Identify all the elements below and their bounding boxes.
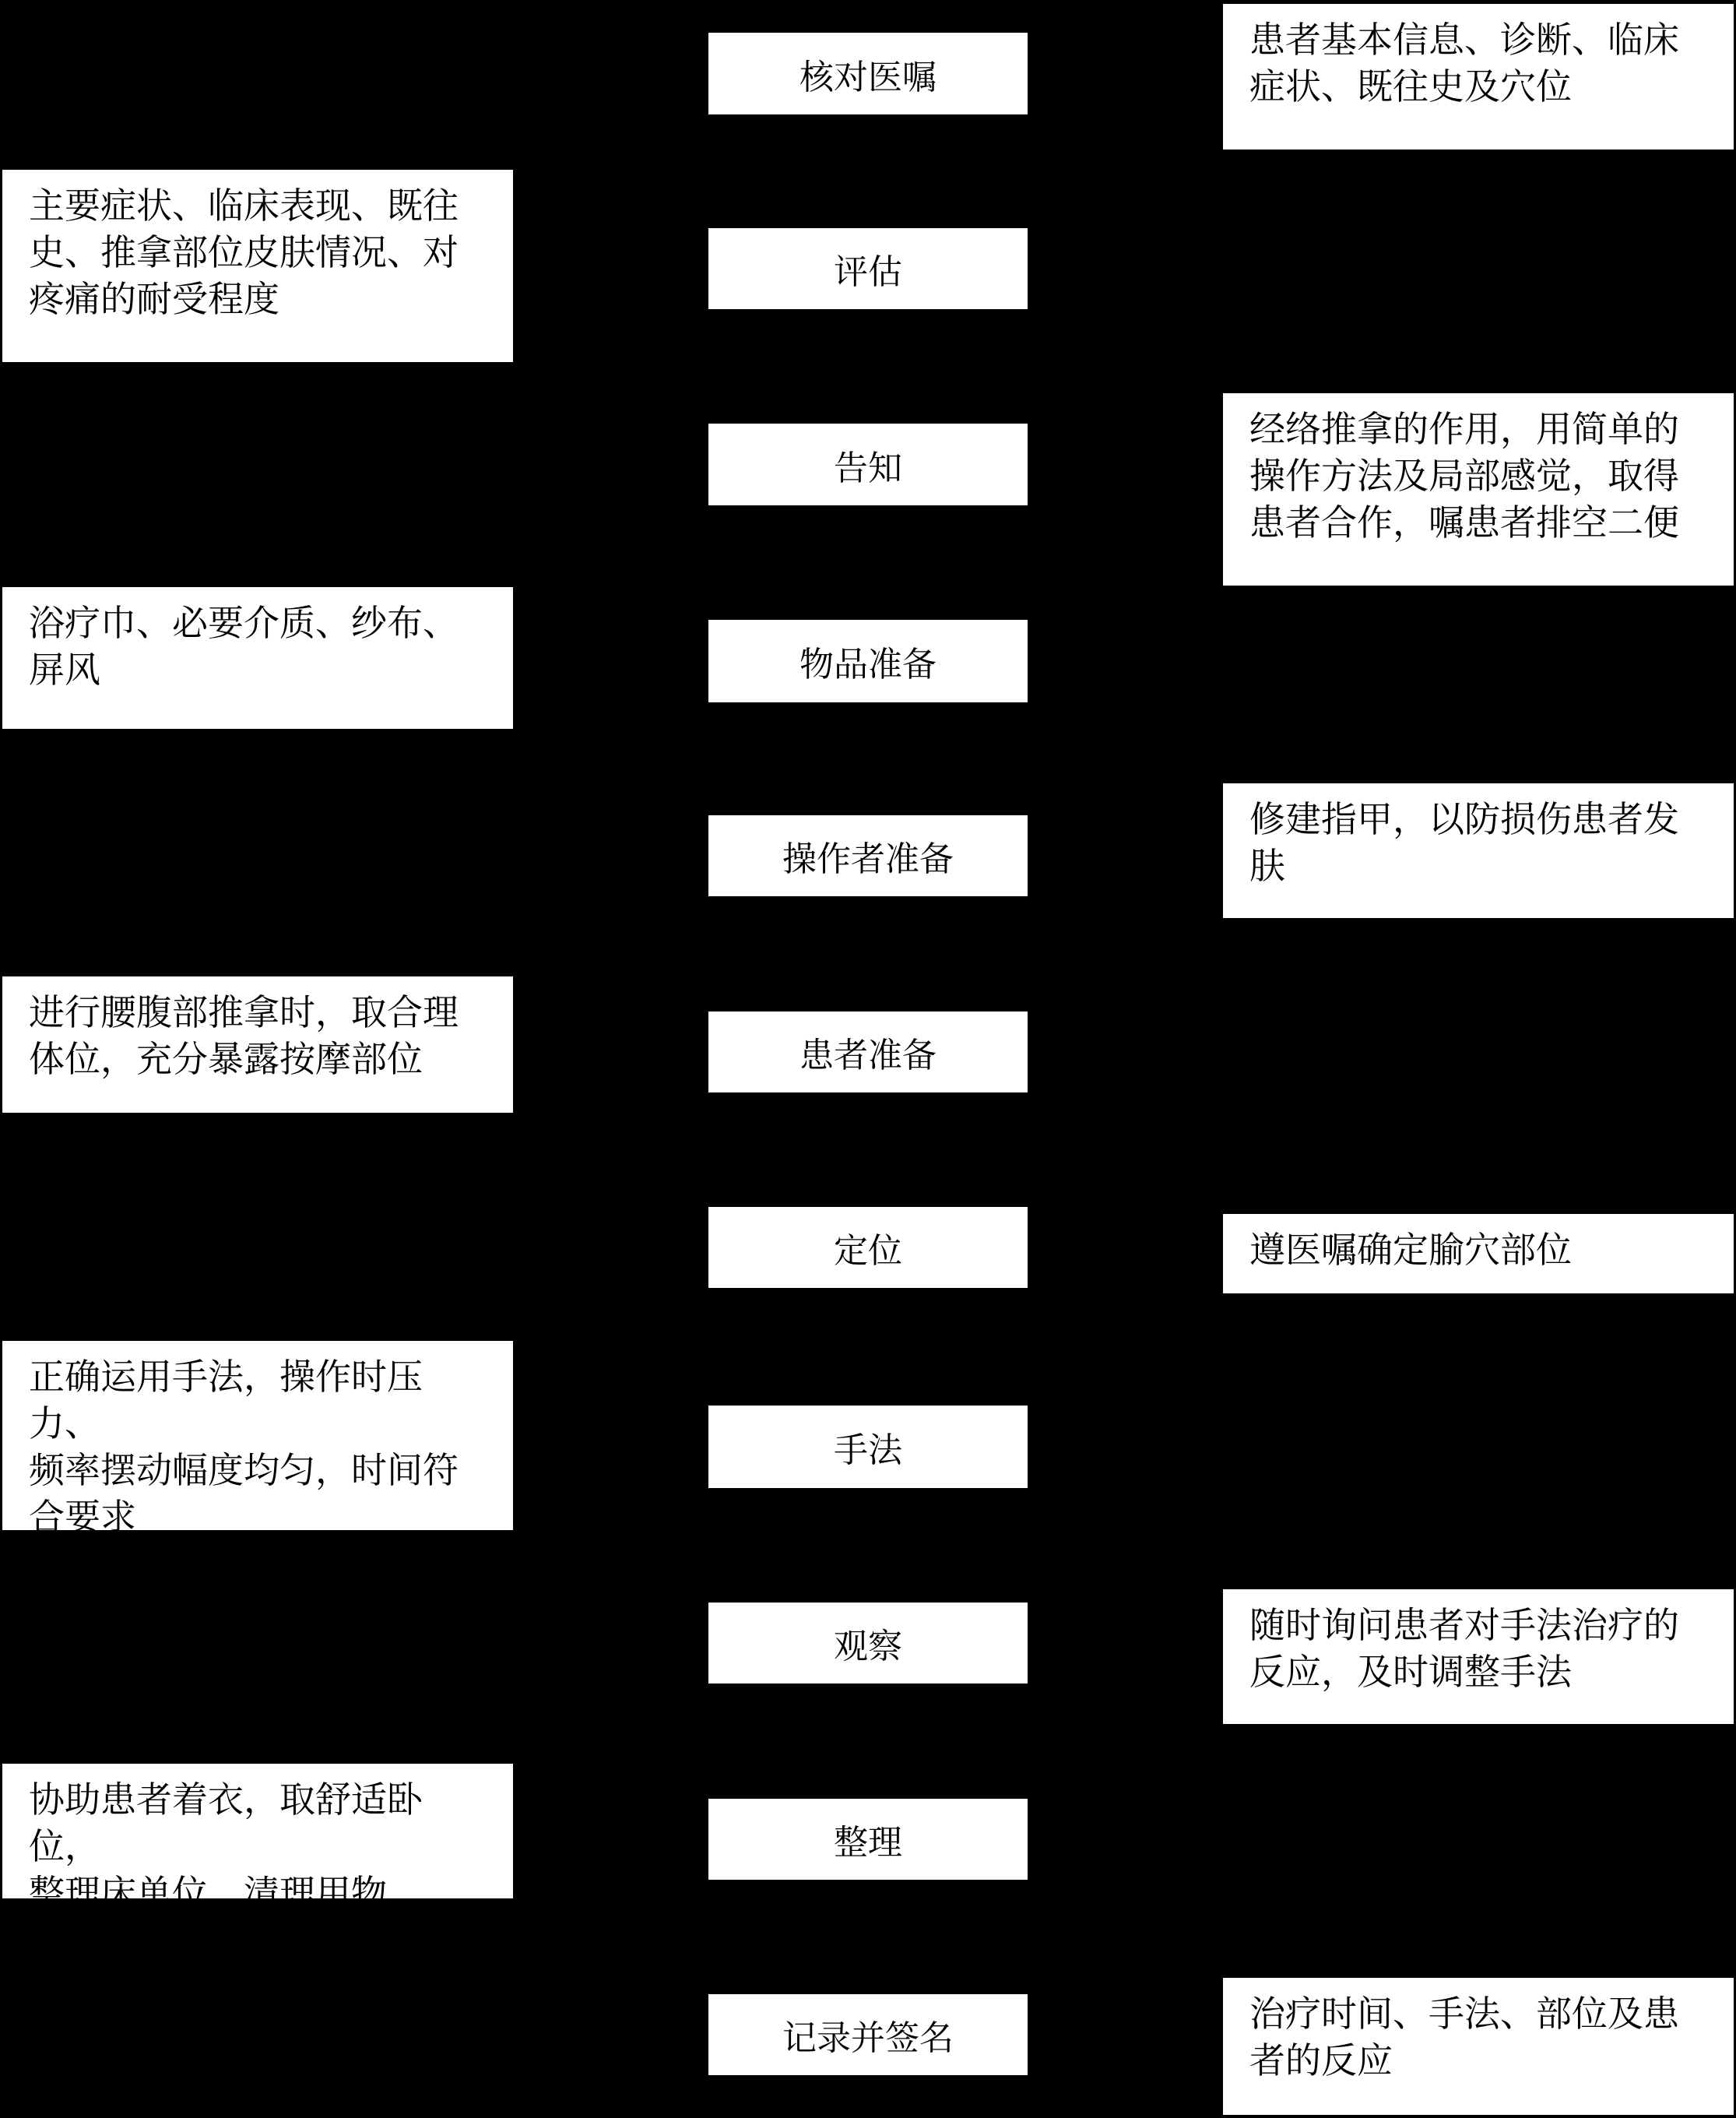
note-line: 修建指甲，以防损伤患者发 [1249, 796, 1710, 843]
note-line: 主要症状、临床表现、既往 [29, 182, 490, 229]
step-record-sign: 记录并签名 [708, 1994, 1028, 2075]
step-tidy-up: 整理 [708, 1799, 1028, 1880]
note-positioning: 遵医嘱确定腧穴部位 [1223, 1214, 1734, 1293]
step-label: 核对医嘱 [799, 49, 937, 99]
note-line: 体位，充分暴露按摩部位 [29, 1036, 490, 1082]
note-line: 史、推拿部位皮肤情况、对 [29, 229, 490, 276]
note-supplies-prep: 浴疗巾、必要介质、纱布、 屏风 [2, 587, 513, 729]
note-line: 合要求 [29, 1494, 490, 1540]
step-label: 观察 [834, 1618, 902, 1668]
note-technique: 正确运用手法，操作时压力、 频率摆动幅度均匀，时间符 合要求 [2, 1341, 513, 1530]
note-tidy-up: 协助患者着衣，取舒适卧位， 整理床单位，清理用物 [2, 1764, 513, 1898]
note-line: 操作方法及局部感觉，取得 [1249, 452, 1710, 499]
step-label: 手法 [834, 1422, 902, 1472]
step-inform: 告知 [708, 424, 1028, 505]
step-operator-prep: 操作者准备 [708, 815, 1028, 896]
step-technique: 手法 [708, 1406, 1028, 1488]
step-label: 操作者准备 [782, 831, 954, 881]
step-label: 评估 [834, 244, 902, 294]
step-label: 定位 [834, 1223, 902, 1272]
note-line: 浴疗巾、必要介质、纱布、 [29, 600, 490, 646]
note-line: 遵医嘱确定腧穴部位 [1249, 1226, 1710, 1273]
step-patient-prep: 患者准备 [708, 1012, 1028, 1092]
note-line: 进行腰腹部推拿时，取合理 [29, 989, 490, 1036]
step-positioning: 定位 [708, 1207, 1028, 1288]
note-line: 反应，及时调整手法 [1249, 1648, 1710, 1695]
note-line: 经络推拿的作用，用简单的 [1249, 406, 1710, 452]
step-supplies-prep: 物品准备 [708, 620, 1028, 702]
step-label: 记录并签名 [782, 2010, 954, 2060]
note-observation: 随时询问患者对手法治疗的 反应，及时调整手法 [1223, 1589, 1734, 1724]
step-label: 患者准备 [799, 1027, 937, 1077]
note-line: 者的反应 [1249, 2037, 1710, 2084]
note-assessment: 主要症状、临床表现、既往 史、推拿部位皮肤情况、对 疼痛的耐受程度 [2, 170, 513, 362]
step-observation: 观察 [708, 1603, 1028, 1683]
note-line: 频率摆动幅度均匀，时间符 [29, 1447, 490, 1494]
note-line: 屏风 [29, 646, 490, 693]
note-line: 整理床单位，清理用物 [29, 1870, 490, 1916]
step-verify-orders: 核对医嘱 [708, 33, 1028, 114]
note-line: 患者基本信息、诊断、临床 [1249, 16, 1710, 63]
step-label: 物品准备 [799, 636, 937, 686]
note-line: 肤 [1249, 843, 1710, 889]
note-verify-orders: 患者基本信息、诊断、临床 症状、既往史及穴位 [1223, 4, 1734, 150]
note-line: 正确运用手法，操作时压力、 [29, 1353, 490, 1447]
note-line: 疼痛的耐受程度 [29, 276, 490, 322]
note-patient-prep: 进行腰腹部推拿时，取合理 体位，充分暴露按摩部位 [2, 976, 513, 1113]
step-label: 整理 [834, 1814, 902, 1864]
note-inform: 经络推拿的作用，用简单的 操作方法及局部感觉，取得 患者合作，嘱患者排空二便 [1223, 393, 1734, 586]
note-line: 随时询问患者对手法治疗的 [1249, 1602, 1710, 1648]
note-operator-prep: 修建指甲，以防损伤患者发 肤 [1223, 783, 1734, 918]
note-line: 症状、既往史及穴位 [1249, 63, 1710, 110]
step-label: 告知 [834, 440, 902, 490]
note-line: 治疗时间、手法、部位及患 [1249, 1990, 1710, 2037]
note-line: 协助患者着衣，取舒适卧位， [29, 1776, 490, 1870]
step-assessment: 评估 [708, 228, 1028, 309]
note-record-sign: 治疗时间、手法、部位及患 者的反应 [1223, 1978, 1734, 2115]
note-line: 患者合作，嘱患者排空二便 [1249, 499, 1710, 546]
